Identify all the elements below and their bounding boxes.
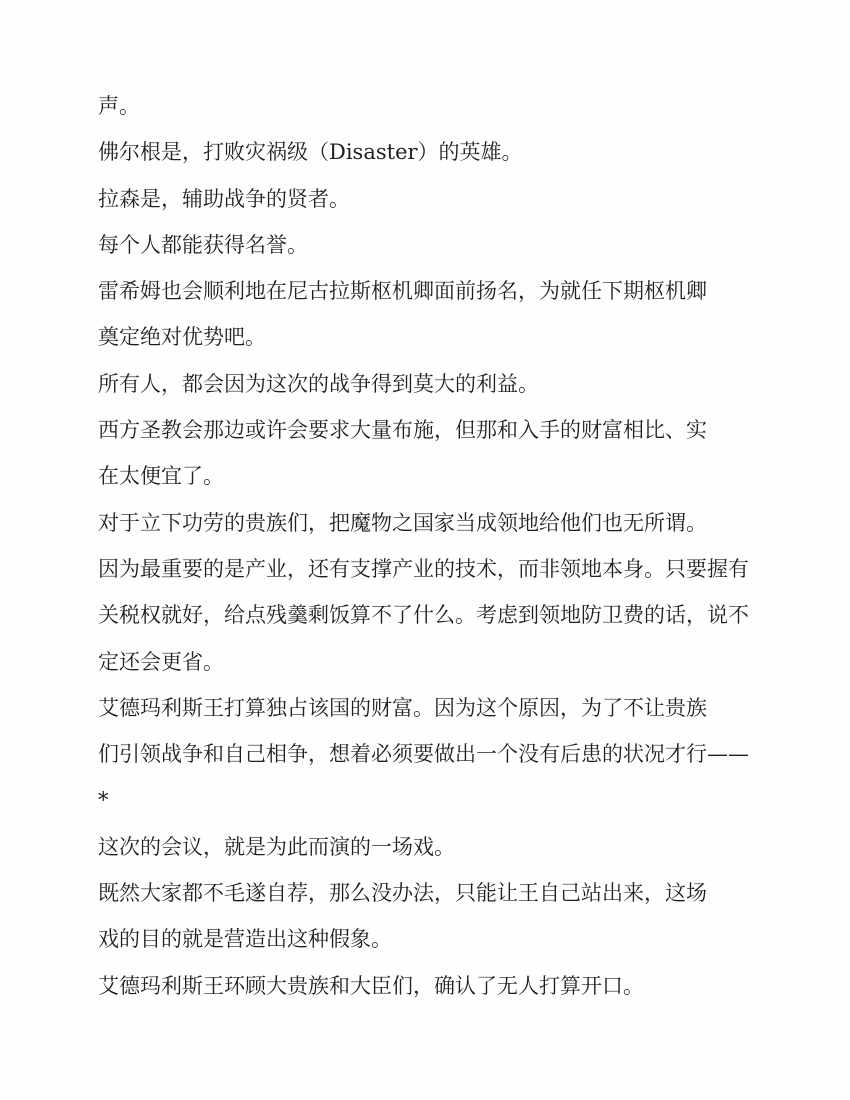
text-line: 西方圣教会那边或许会要求大量布施，但那和入手的财富相比、实 <box>98 407 755 453</box>
text-line: 对于立下功劳的贵族们，把魔物之国家当成领地给他们也无所谓。 <box>98 500 755 546</box>
text-line: 在太便宜了。 <box>98 453 755 499</box>
text-line: 声。 <box>98 83 755 129</box>
text-line: 艾德玛利斯王打算独占该国的财富。因为这个原因，为了不让贵族 <box>98 685 755 731</box>
text-line: 戏的目的就是营造出这种假象。 <box>98 916 755 962</box>
text-line: 每个人都能获得名誉。 <box>98 222 755 268</box>
text-line: 这次的会议，就是为此而演的一场戏。 <box>98 824 755 870</box>
text-line: 雷希姆也会顺利地在尼古拉斯枢机卿面前扬名，为就任下期枢机卿 <box>98 268 755 314</box>
text-line: 因为最重要的是产业，还有支撑产业的技术，而非领地本身。只要握有 <box>98 546 755 592</box>
text-line: 奠定绝对优势吧。 <box>98 314 755 360</box>
text-line: 佛尔根是，打败灾祸级（Disaster）的英雄。 <box>98 129 755 175</box>
novel-text-block: 声。佛尔根是，打败灾祸级（Disaster）的英雄。拉森是，辅助战争的贤者。每个… <box>98 83 755 1009</box>
text-line: 关税权就好，给点残羹剩饭算不了什么。考虑到领地防卫费的话，说不 <box>98 592 755 638</box>
text-line: 艾德玛利斯王环顾大贵族和大臣们，确认了无人打算开口。 <box>98 963 755 1009</box>
text-line: 所有人，都会因为这次的战争得到莫大的利益。 <box>98 361 755 407</box>
text-line: * <box>98 777 755 823</box>
text-line: 拉森是，辅助战争的贤者。 <box>98 176 755 222</box>
text-line: 定还会更省。 <box>98 639 755 685</box>
text-line: 们引领战争和自己相争，想着必须要做出一个没有后患的状况才行—— <box>98 731 755 777</box>
text-line: 既然大家都不毛遂自荐，那么没办法，只能让王自己站出来，这场 <box>98 870 755 916</box>
document-page: 声。佛尔根是，打败灾祸级（Disaster）的英雄。拉森是，辅助战争的贤者。每个… <box>0 0 850 1100</box>
